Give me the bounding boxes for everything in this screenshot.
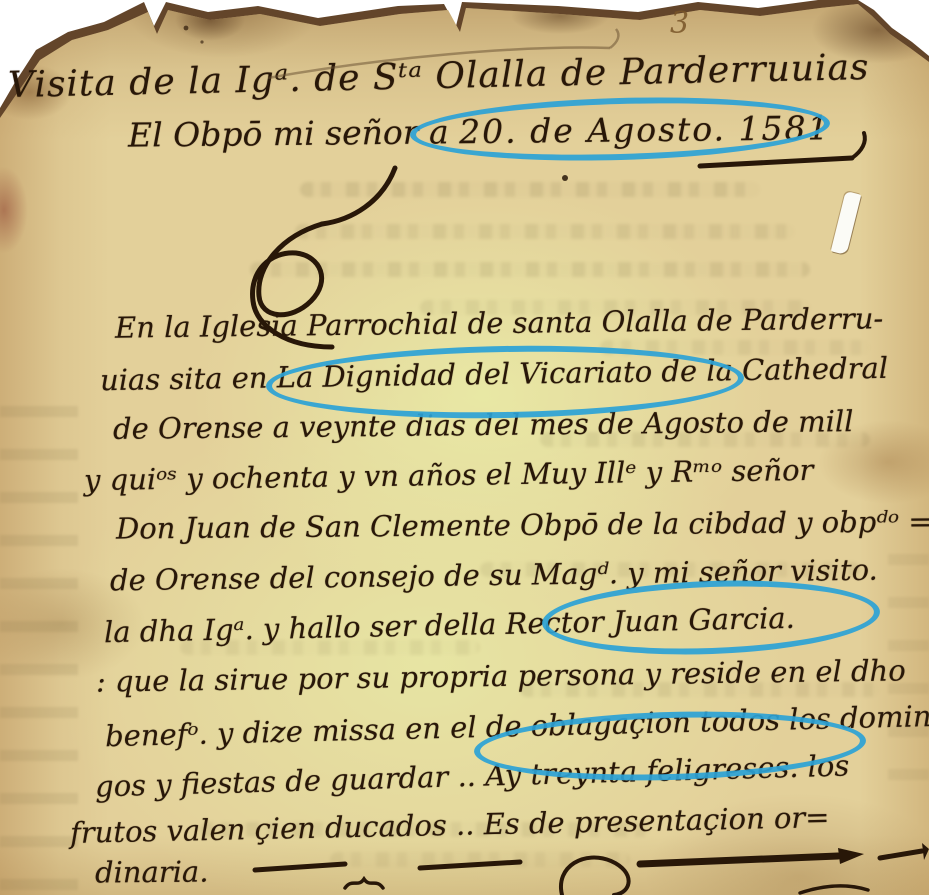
bleedthrough-mark (300, 182, 760, 197)
manuscript-line: dinaria. (95, 855, 209, 890)
manuscript-line: Don Juan de San Clemente Obpō de la cibd… (116, 504, 929, 545)
bleedthrough-mark (330, 852, 630, 867)
bleedthrough-margin-left (0, 380, 78, 890)
bleedthrough-mark (250, 262, 810, 277)
manuscript-page: 3 Visita de la Igᵃ. de Sᵗᵃ Olalla de Par… (0, 0, 929, 895)
folio-number: 3 (670, 6, 689, 41)
bleedthrough-mark (295, 224, 795, 239)
